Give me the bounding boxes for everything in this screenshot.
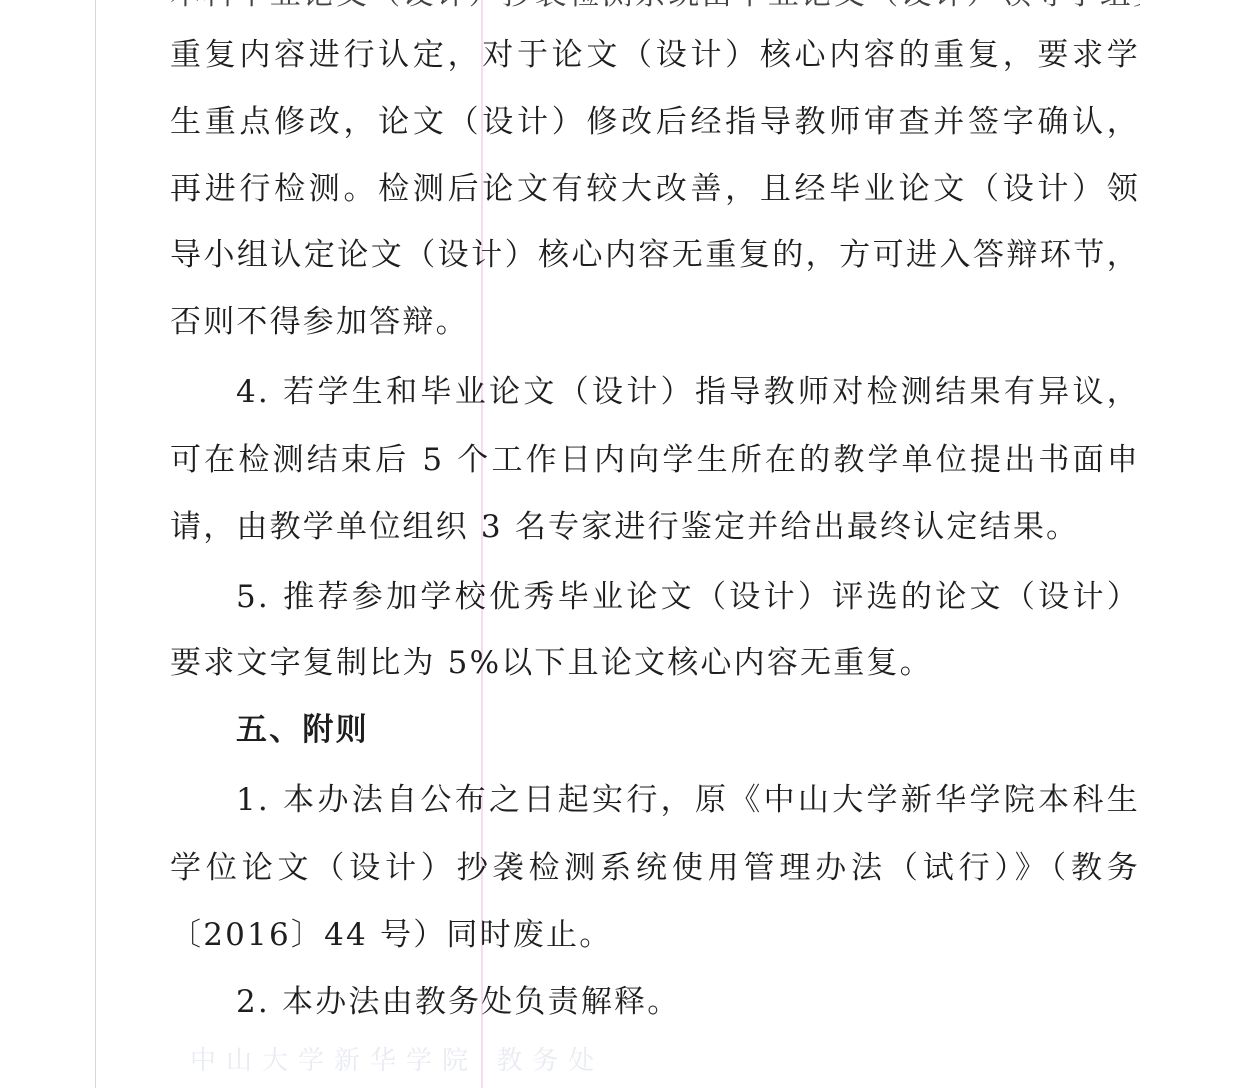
paragraph-line: 〔2016〕44 号）同时废止。 [170, 915, 1140, 955]
bleed-through-text: 中山大学新华学院 教务处 [190, 1040, 604, 1077]
list-item-4: 4. 若学生和毕业论文（设计）指导教师对检测结果有异议， [170, 372, 1140, 412]
list-item-1: 1. 本办法自公布之日起实行，原《中山大学新华学院本科生 [170, 780, 1140, 820]
paragraph-line: 再进行检测。检测后论文有较大改善，且经毕业论文（设计）领 [170, 169, 1140, 209]
paragraph-line: 学位论文（设计）抄袭检测系统使用管理办法（试行）》（教务 [170, 848, 1140, 888]
page-edge-line [95, 0, 96, 1088]
paragraph-line: 可在检测结束后 5 个工作日内向学生所在的教学单位提出书面申 [170, 440, 1140, 480]
paragraph-line: 请，由教学单位组织 3 名专家进行鉴定并给出最终认定结果。 [170, 507, 1140, 547]
partial-top-line: 本科毕业论文（设计）抄袭检测系统由毕业论文（设计）领导小组负责对超 [170, 0, 1140, 14]
list-item-5: 5. 推荐参加学校优秀毕业论文（设计）评选的论文（设计） [170, 577, 1140, 617]
list-item-2: 2. 本办法由教务处负责解释。 [170, 982, 1140, 1022]
paragraph-line: 重复内容进行认定，对于论文（设计）核心内容的重复，要求学 [170, 35, 1140, 75]
paragraph-line: 生重点修改，论文（设计）修改后经指导教师审查并签字确认， [170, 102, 1140, 142]
paragraph-line: 要求文字复制比为 5%以下且论文核心内容无重复。 [170, 643, 1140, 683]
section-heading: 五、附则 [170, 710, 1140, 750]
paragraph-line: 导小组认定论文（设计）核心内容无重复的，方可进入答辩环节， [170, 235, 1140, 275]
paragraph-line: 否则不得参加答辩。 [170, 302, 1140, 342]
